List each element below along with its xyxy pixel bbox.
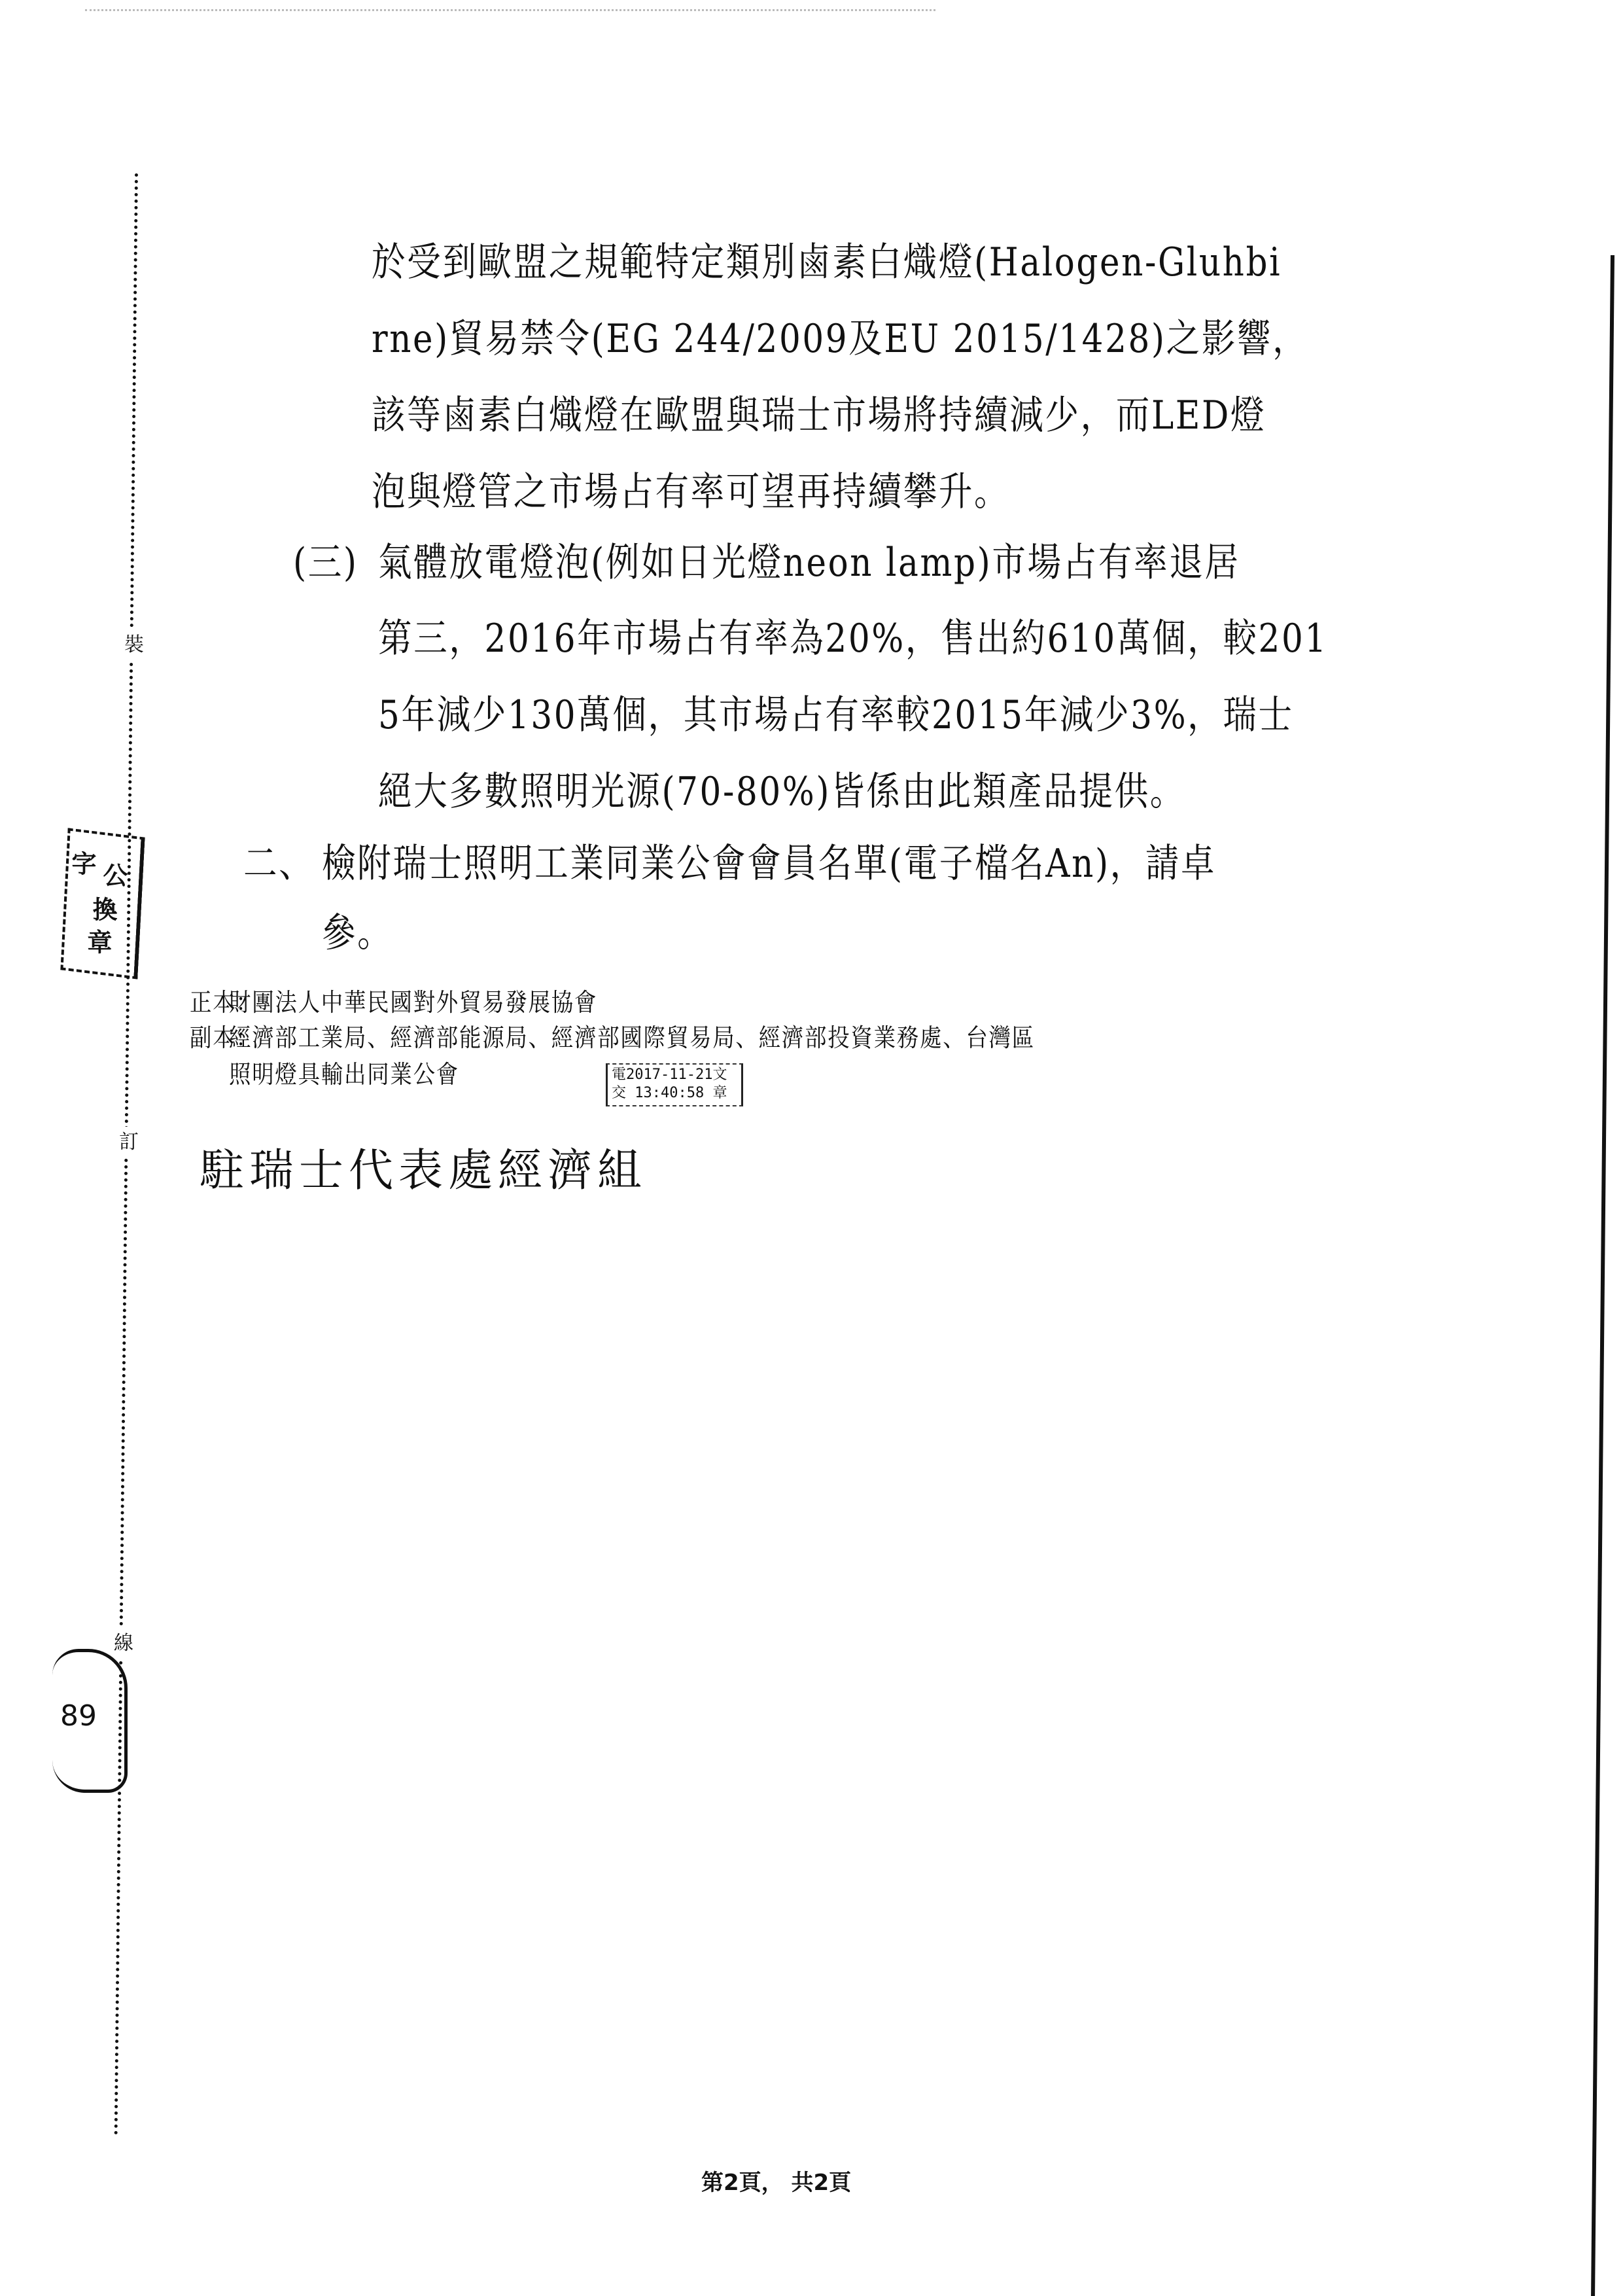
copy-recipients-line-1: 經濟部工業局、經濟部能源局、經濟部國際貿易局、經濟部投資業務處、台灣區 — [229, 1022, 1035, 1053]
dispatch-date-stamp: 電2017-11-21文 交 13:40:58 章 — [606, 1063, 743, 1106]
body-line-2: rne)貿易禁令(EG 244/2009及EU 2015/1428)之影響， — [372, 315, 1308, 362]
date-stamp-line-1: 電2017-11-21文 — [612, 1066, 737, 1084]
exchange-seal-side-char: 字 — [68, 851, 96, 875]
scan-artifact-top — [85, 9, 935, 18]
section-2-line-2: 參。 — [322, 910, 393, 957]
binding-label-ding: 訂 — [119, 1127, 139, 1158]
number-seal-text: 89 — [60, 1700, 97, 1733]
body-line-3: 該等鹵素白熾燈在歐盟與瑞士市場將持續減少，而LED燈 — [372, 392, 1266, 439]
section-2-marker: 二、 — [243, 840, 314, 887]
exchange-seal-char-1: 公 — [99, 862, 127, 887]
binding-label-zhuang: 裝 — [124, 629, 144, 661]
item-3-line-3: 5年減少130萬個，其市場占有率較2015年減少3%，瑞士 — [378, 692, 1294, 739]
exchange-seal-char-2: 換 — [89, 896, 116, 921]
section-2-line-1: 檢附瑞士照明工業同業公會會員名單(電子檔名An)，請卓 — [322, 840, 1216, 887]
date-stamp-line-2: 交 13:40:58 章 — [612, 1084, 737, 1103]
body-line-1: 於受到歐盟之規範特定類別鹵素白熾燈(Halogen-Gluhbi — [372, 239, 1282, 286]
sender-signature: 駐瑞士代表處經濟組 — [200, 1145, 647, 1197]
body-line-4: 泡與燈管之市場占有率可望再持續攀升。 — [372, 468, 1009, 516]
page-number: 第2頁， 共2頁 — [701, 2170, 851, 2196]
copy-recipients-line-2: 照明燈具輸出同業公會 — [229, 1059, 459, 1090]
item-3-marker: (三) — [293, 539, 358, 586]
exchange-seal-char-3: 章 — [84, 929, 111, 954]
binding-label-xian: 線 — [114, 1628, 133, 1659]
scan-edge-line — [1591, 255, 1614, 2296]
item-3-line-4: 絕大多數照明光源(70-80%)皆係由此類產品提供。 — [378, 768, 1185, 815]
item-3-line-2: 第三，2016年市場占有率為20%，售出約610萬個，較201 — [378, 615, 1328, 662]
original-recipient: 財團法人中華民國對外貿易發展協會 — [229, 987, 597, 1018]
item-3-line-1: 氣體放電燈泡(例如日光燈neon lamp)市場占有率退居 — [378, 539, 1240, 586]
